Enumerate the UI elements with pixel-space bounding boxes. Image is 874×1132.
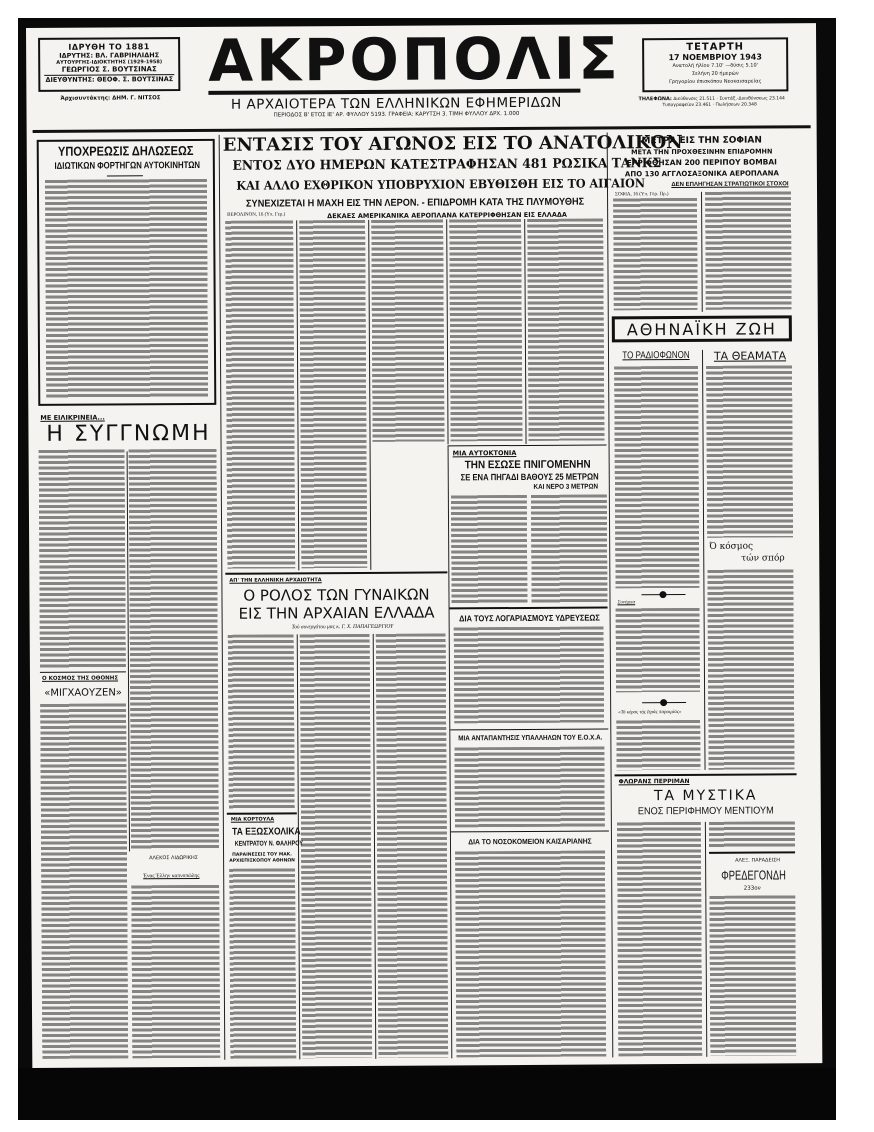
headline-fredegondi: ΦΡΕΔΕΓΟΝΔΗ	[721, 867, 783, 882]
sports-title-1: Ό κόσμος	[709, 542, 753, 552]
main-body-col5	[527, 218, 604, 440]
phones-line-2: Τυπογραφείον 23.461 · Πωλήσεων 20.348	[638, 103, 756, 109]
article-body-kapnopolis	[131, 885, 220, 1059]
headline-kaisariani: ΔΙΑ ΤΟ ΝΟΣΟΚΟΜΕΙΟΝ ΚΑΙΣΑΡΙΑΝΗΣ	[459, 837, 601, 847]
article-body-autoktonia-col1	[451, 495, 528, 603]
athenian-life-box: ΑΘΗΝΑΪΚΗ ΖΩΗ	[612, 315, 792, 342]
headline-exoscholika-1: ΤΑ ΕΞΩΣΧΟΛΙΚΑ	[232, 826, 292, 837]
divider	[40, 671, 126, 673]
dateline-sofia: ΣΟΦΙΑ, 16 (Υπ. Γερ. Πρ.)	[615, 192, 669, 197]
article-body-autoktonia-col2	[531, 494, 608, 602]
divider	[449, 444, 607, 446]
article-body-ypoxreoseis	[45, 179, 208, 400]
headline-logariasmoi: ΔΙΑ ΤΟΥΣ ΛΟΓΑΡΙΑΣΜΟΥΣ ΥΔΡΕΥΣΕΩΣ	[459, 613, 598, 624]
article-body-gynaikes-col2	[300, 634, 373, 1058]
theatre-body	[706, 365, 793, 538]
director-line: ΔΙΕΥΘΥΝΤΗΣ: ΘΕΟΦ. Σ. ΒΟΥΤΣΙΝΑΣ	[44, 75, 174, 84]
byline-gynaikes: Τού συνεργάτου μας κ. Γ. Χ. ΠΑΠΑΓΕΩΡΓΙΟΥ	[292, 624, 394, 631]
kicker-gynaikes: ΑΠ' ΤΗΝ ΕΛΛΗΝΙΚΗ ΑΡΧΑΙΟΤΗΤΑ	[229, 577, 321, 584]
headline-autoktonia-2: ΣΕ ΕΝΑ ΠΗΓΑΔΙ ΒΑΘΟΥΣ 25 ΜΕΤΡΩΝ	[461, 472, 595, 483]
editor-line: Άρχισυντάκτης: ΔΗΜ. Γ. ΝΙΤΣΟΣ	[40, 95, 180, 102]
divider	[107, 175, 143, 176]
quote-line: «Τό κέρας τής Ιεράς παροιμίας»	[618, 710, 681, 715]
byline-mystika: ΦΛΩΡΑΝΣ ΠΕΡΡΙΜΑΝ	[619, 778, 690, 785]
divider	[450, 728, 608, 730]
article-body-logariasmoi	[454, 626, 605, 723]
main-body-col4	[449, 219, 522, 441]
deck-exoscholika: ΠΑΡΑΙΝΕΣΕΙΣ ΤΟΥ ΜΑΚ. ΑΡΧΙΕΠΙΣΚΟΠΟΥ ΑΘΗΝΩ…	[227, 852, 297, 864]
bullet-ornament	[659, 591, 666, 598]
masthead: ΙΔΡΥΘΗ ΤΟ 1881 ΙΔΡΥΤΗΣ: ΒΛ. ΓΑΒΡΙΗΛΙΔΗΣ …	[26, 23, 817, 128]
article-body-fredegondi	[709, 895, 796, 1056]
scan-bottom-edge	[18, 1068, 836, 1120]
theatre-title: ΤΑ ΘΕΑΜΑΤΑ	[706, 349, 794, 363]
column-rule	[702, 350, 706, 770]
headline-gynaikes-1: Ο ΡΟΛΟΣ ΤΩΝ ΓΥΝΑΙΚΩΝ	[225, 585, 447, 604]
main-dateline: ΒΕΡΟΛΙΝΟΝ, 16 (Υπ. Γερ.)	[227, 212, 285, 217]
headline-gynaikes-2: ΕΙΣ ΤΗΝ ΑΡΧΑΙΑΝ ΕΛΛΑΔΑ	[226, 603, 448, 622]
title-underline	[208, 89, 580, 95]
article-body-gynaikes-col1	[228, 634, 295, 809]
column-rule	[219, 135, 226, 1060]
article-body-sofia-col1	[613, 198, 698, 311]
phone-numbers: ΤΗΛΕΦΩΝΑ: Διεύθυνσις 21.511 · Συντάξ.-Δι…	[638, 95, 798, 109]
article-body-syggnomi-col2	[129, 449, 219, 850]
radio-continued: Συνέχεια	[618, 600, 636, 605]
column-rule	[524, 219, 526, 444]
episode-fredegondi: 233ον	[709, 885, 795, 892]
article-body-sofia-col2	[705, 191, 792, 310]
founded-box: ΙΔΡΥΘΗ ΤΟ 1881 ΙΔΡΥΤΗΣ: ΒΛ. ΓΑΒΡΙΗΛΙΔΗΣ …	[38, 37, 180, 92]
kicker-autoktonia: ΜΙΑ ΑΥΤΟΚΤΟΝΙΑ	[453, 449, 517, 457]
date-box: ΤΕΤΑΡΤΗ 17 ΝΟΕΜΒΡΙΟΥ 1943 Ανατολή ήλίου …	[642, 37, 788, 92]
main-body-col2	[299, 220, 367, 568]
article-body-exoscholika	[229, 868, 296, 1058]
article-body-eoxa	[454, 746, 604, 827]
headline-exoscholika-2: ΚΕΝΤΡΑΤΟΥ Ν. ΦΑΛΗΡΟΥ	[235, 840, 290, 847]
deck-sofia-4: ΔΕΝ ΕΠΛΗΓΗΣΑΝ ΣΤΡΑΤΙΩΤΙΚΟΙ ΣΤΟΧΟΙ	[667, 181, 793, 188]
headline-ypoxreoseis-2: ΙΔΙΩΤΙΚΩΝ ΦΟΡΤΗΓΩΝ ΑΥΤΟΚΙΝΗΤΩΝ	[54, 160, 197, 172]
radio-title: ΤΟ ΡΑΔΙΟΦΩΝΟΝ	[621, 350, 691, 361]
byline-fredegondi: ΑΛΕΞ. ΠΑΡΑΔΕΙΣΗ	[735, 857, 780, 863]
headline-autoktonia-1: ΤΗΝ ΕΣΩΣΕ ΠΝΙΓΟΜΕΝΗΝ	[457, 459, 599, 472]
divider	[451, 830, 609, 832]
deck-sofia-2: ΕΡΡΙΦΘΗΣΑΝ 200 ΠΕΡΙΠΟΥ ΒΟΜΒΑΙ	[611, 157, 793, 167]
column-rule	[701, 192, 703, 312]
issue-line: ΠΕΡΙΟΔΟΣ Β' ΕΤΟΣ ΙΕ' ΑΡ. ΦΥΛΛΟΥ 5193. ΓΡ…	[207, 111, 587, 119]
saint-day: Γρηγορίου έπισκόπου Νεοκαισαρείας	[644, 77, 786, 86]
main-deck-3: ΣΥΝΕΧΙΖΕΤΑΙ Η ΜΑΧΗ ΕΙΣ ΤΗΝ ΛΕΡΟΝ. - ΕΠΙΔ…	[238, 197, 591, 210]
quote-body	[616, 720, 700, 771]
sports-title-2: τών σπόρ	[741, 553, 784, 563]
deck-autoktonia: ΚΑΙ ΝΕΡΟ 3 ΜΕΤΡΩΝ	[529, 483, 603, 490]
headline-sofia: ΜΕΤΡΑ ΕΙΣ ΤΗΝ ΣΟΦΙΑΝ	[611, 135, 793, 146]
article-body-mystika-col1	[617, 822, 702, 1057]
radio-body	[614, 366, 699, 589]
radio-body-2	[616, 608, 701, 693]
deck-sofia-1: ΜΕΤΑ ΤΗΝ ΠΡΟΧΘΕΣΙΝΗΝ ΕΠΙΔΡΟΜΗΝ	[611, 147, 793, 156]
article-body-migxaouzen	[40, 703, 128, 1059]
sports-body	[707, 569, 794, 770]
byline-lidorikis: ΑΛΕΚΟΣ ΛΙΔΩΡΙΚΗΣ	[149, 855, 198, 861]
deck-sofia-3: ΑΠΟ 130 ΑΓΓΛΟΣΑΞΟΝΙΚΑ ΑΕΡΟΠΛΑΝΑ	[611, 169, 793, 178]
column-rule	[705, 822, 707, 1057]
headline-ypoxreoseis-1: ΥΠΟΧΡΕΩΣΙΣ ΔΗΛΩΣΕΩΣ	[53, 143, 198, 159]
kicker-migxaouzen: Ο ΚΟΣΜΟΣ ΤΗΣ ΟΘΟΝΗΣ	[42, 675, 118, 681]
column-rule	[446, 219, 448, 444]
main-body-col3	[371, 219, 444, 441]
main-deck-1: ΕΝΤΟΣ ΔΥΟ ΗΜΕΡΩΝ ΚΑΤΕΣΤΡΑΦΗΣΑΝ 481 ΡΩΣΙΚ…	[232, 157, 597, 174]
headline-mystika-2: ΕΝΟΣ ΠΕΡΙΦΗΜΟΥ ΜΕΝΤΙΟΥΜ	[622, 805, 790, 817]
divider	[450, 606, 608, 609]
kicker-kapnopolis: Ένας Έλλην καπνοπώλης	[143, 873, 199, 879]
phones-label: ΤΗΛΕΦΩΝΑ:	[638, 96, 671, 102]
divider	[615, 773, 797, 776]
bullet-ornament	[660, 699, 667, 706]
divider	[225, 571, 447, 574]
main-deck-2: ΚΑΙ ΑΛΛΟ ΕΧΘΡΙΚΟΝ ΥΠΟΒΡΥΧΙΟΝ ΕΒΥΘΙΣΘΗ ΕΙ…	[236, 177, 593, 193]
divider	[227, 812, 297, 814]
headline-eoxa: ΜΙΑ ΑΝΤΑΠΑΝΤΗΣΙΣ ΥΠΑΛΛΗΛΩΝ ΤΟΥ Ε.Ο.Χ.Α.	[458, 735, 600, 743]
headline-syggnomi: Η ΣΥΓΓΝΩΜΗ	[38, 421, 218, 447]
article-body-mystika-col2	[709, 821, 795, 848]
weekday: ΤΕΤΑΡΤΗ	[644, 41, 786, 53]
column-rule	[607, 132, 614, 1057]
divider	[709, 851, 795, 854]
headline-mystika-1: ΤΑ ΜΥΣΤΙΚΑ	[615, 787, 797, 804]
main-headline: ΕΝΤΑΣΙΣ ΤΟΥ ΑΓΩΝΟΣ ΕΙΣ ΤΟ ΑΝΑΤΟΛΙΚΟΝ	[223, 132, 607, 155]
main-body-col1	[225, 220, 295, 568]
phones-line-1: Διεύθυνσις 21.511 · Συντάξ.-Διευθύνσεως …	[673, 96, 785, 102]
headline-migxaouzen: «ΜΙΓΧΑΟΥΖΕΝ»	[40, 687, 126, 699]
kicker-exoscholika: ΜΙΑ ΚΟΡΤΟΥΛΑ	[231, 816, 274, 822]
article-body-kaisariani	[455, 850, 606, 1057]
newspaper-page: ΙΔΡΥΘΗ ΤΟ 1881 ΙΔΡΥΤΗΣ: ΒΛ. ΓΑΒΡΙΗΛΙΔΗΣ …	[26, 23, 822, 1068]
article-body-syggnomi-col1	[39, 449, 126, 668]
article-body-gynaikes-col3	[376, 633, 449, 1057]
newspaper-title: ΑΚΡΟΠΟΛΙΣ	[208, 29, 580, 91]
